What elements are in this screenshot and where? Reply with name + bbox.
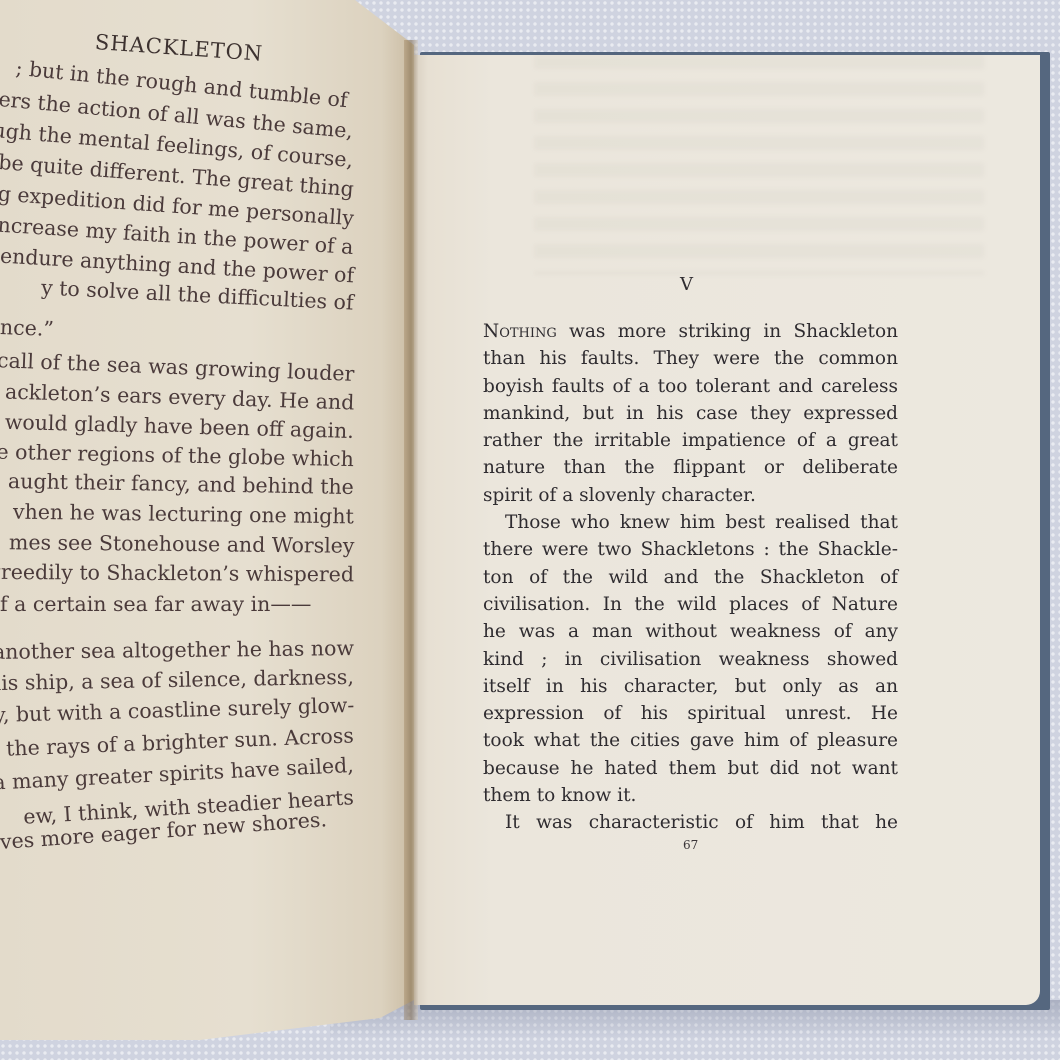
text-line: en would gladly have been off again. xyxy=(0,409,354,443)
text-line: nature than the flippant or deliberate xyxy=(483,454,898,481)
text-line: spirit of a slovenly character. xyxy=(483,482,898,509)
text-line: nce.” xyxy=(0,315,54,341)
text-line: ton of the wild and the Shackleton of xyxy=(483,564,898,591)
text-line: itself in his character, but only as an xyxy=(483,673,898,700)
text-line: Nothing was more striking in Shackleton xyxy=(483,318,898,345)
running-head: SHACKLETON xyxy=(94,30,264,66)
book-gutter xyxy=(404,40,418,1020)
text-line: than his faults. They were the common xyxy=(483,345,898,372)
text-line: boyish faults of a too tolerant and care… xyxy=(483,373,898,400)
text-line: ng greedily to Shackleton’s whispered xyxy=(0,560,354,587)
text-line: ackleton’s ears every day. He and xyxy=(4,380,354,415)
text-line: mankind, but in his case they expressed xyxy=(483,400,898,427)
text-line: took what the cities gave him of pleasur… xyxy=(483,727,898,754)
text-line: vhen he was lecturing one might xyxy=(13,500,354,529)
text-line: there were two Shackletons : the Shackle… xyxy=(483,536,898,563)
text-line: Those who knew him best realised that xyxy=(483,509,898,536)
text-line: rather the irritable impatience of a gre… xyxy=(483,427,898,454)
text-line: civilisation. In the wild places of Natu… xyxy=(483,591,898,618)
opening-smallcaps: Nothing xyxy=(483,321,557,342)
text-line: expression of his spiritual unrest. He xyxy=(483,700,898,727)
text-line: he was a man without weakness of any xyxy=(483,618,898,645)
text-line: because he hated them but did not want xyxy=(483,755,898,782)
right-page-text: Nothing was more striking in Shackleton … xyxy=(483,318,898,837)
text-line: It was characteristic of him that he xyxy=(483,809,898,836)
left-page-text: SHACKLETON ; but in the rough and tumble… xyxy=(0,0,390,900)
text-line: another sea altogether he has now xyxy=(0,636,354,664)
page-number: 67 xyxy=(683,838,698,852)
text-line: f a certain sea far away in—— xyxy=(0,592,311,616)
text-line: kind ; in civilisation weakness showed xyxy=(483,646,898,673)
text-line: y, but with a coastline surely glow- xyxy=(0,693,354,727)
text-line: his ship, a sea of silence, darkness, xyxy=(0,665,354,695)
chapter-number: V xyxy=(680,274,693,295)
text-line: aught their fancy, and behind the xyxy=(8,469,354,499)
left-page: SHACKLETON ; but in the rough and tumble… xyxy=(0,0,414,1040)
text-line: them to know it. xyxy=(483,782,898,809)
text-line: mes see Stonehouse and Worsley xyxy=(8,530,354,558)
show-through-text xyxy=(534,55,984,275)
text-line: were other regions of the globe which xyxy=(0,439,354,471)
